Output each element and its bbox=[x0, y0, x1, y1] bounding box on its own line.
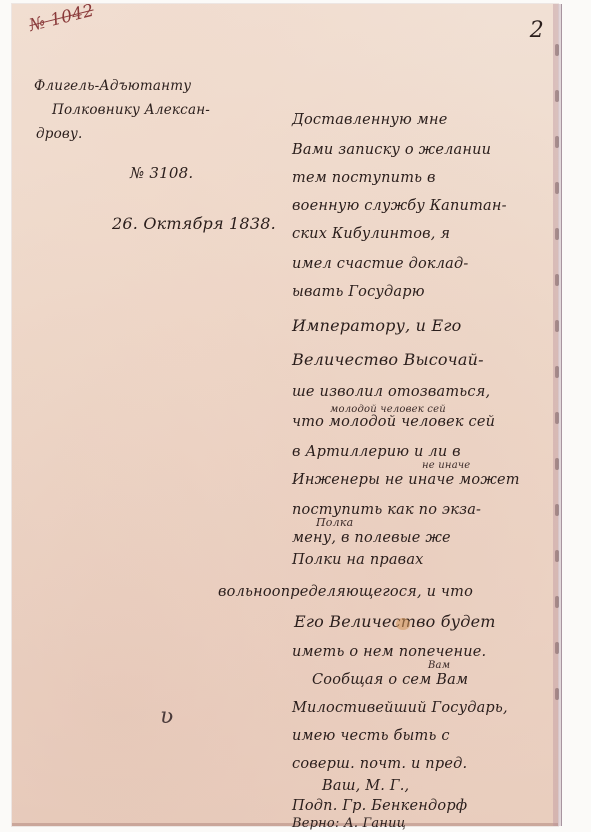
body-line: вольноопределяющегося, и что bbox=[218, 584, 473, 600]
certification-line: Верно: А. Ганиц bbox=[292, 816, 406, 831]
body-line: Инженеры не иначе может bbox=[292, 472, 520, 488]
interlinear-insertion: не иначе bbox=[422, 460, 470, 471]
document-page: № 1042 2 Флигель-Адъютанту Полковнику Ал… bbox=[12, 4, 558, 826]
signature-line: Подп. Гр. Бенкендорф bbox=[292, 798, 467, 814]
closing-line: Ваш, М. Г., bbox=[322, 778, 409, 794]
interlinear-insertion: Вам bbox=[428, 660, 450, 671]
body-line: Вами записку о желании bbox=[292, 142, 491, 158]
body-line: Величество Высочай- bbox=[292, 350, 484, 369]
body-line: Его Величество будет bbox=[294, 612, 496, 631]
body-line: ывать Государю bbox=[292, 284, 425, 300]
body-line: Доставленную мне bbox=[292, 112, 448, 128]
archive-number-text: № 1042 bbox=[27, 1, 96, 36]
body-line: имел счастие доклад- bbox=[292, 256, 469, 272]
body-line: ше изволил отозваться, bbox=[292, 384, 490, 400]
interlinear-insertion: Полка bbox=[316, 516, 353, 529]
body-line: в Артиллерию и ли в bbox=[292, 444, 461, 460]
body-line: соверш. почт. и пред. bbox=[292, 756, 467, 772]
archive-number: № 1042 bbox=[27, 1, 96, 36]
ink-stain bbox=[396, 618, 410, 630]
page-number: 2 bbox=[530, 18, 544, 43]
addressee-line: Флигель-Адъютанту bbox=[34, 78, 191, 94]
bound-edge-marks bbox=[554, 44, 560, 804]
body-line: имею честь быть с bbox=[292, 728, 450, 744]
document-number: № 3108. bbox=[130, 164, 193, 182]
body-line: тем поступить в bbox=[292, 170, 436, 186]
addressee-line: Полковнику Алексан- bbox=[52, 102, 210, 118]
body-line: что молодой человек сей bbox=[292, 414, 495, 430]
body-line: военную службу Капитан- bbox=[292, 198, 507, 214]
document-date: 26. Октября 1838. bbox=[112, 214, 276, 233]
body-line: Императору, и Его bbox=[292, 316, 461, 335]
stray-pen-mark: ʋ bbox=[160, 704, 174, 729]
body-line: Милостивейший Государь, bbox=[292, 700, 508, 716]
body-line: ских Кибулинтов, я bbox=[292, 226, 450, 242]
addressee-line: дрову. bbox=[36, 126, 83, 142]
body-line: мену, в полевые же bbox=[292, 530, 451, 546]
body-line: Сообщая о сем Вам bbox=[312, 672, 468, 688]
body-line-text: что молодой человек сей bbox=[292, 414, 495, 430]
body-line: иметь о нем попечение. bbox=[292, 644, 486, 660]
body-line: Полки на правах bbox=[292, 552, 424, 568]
